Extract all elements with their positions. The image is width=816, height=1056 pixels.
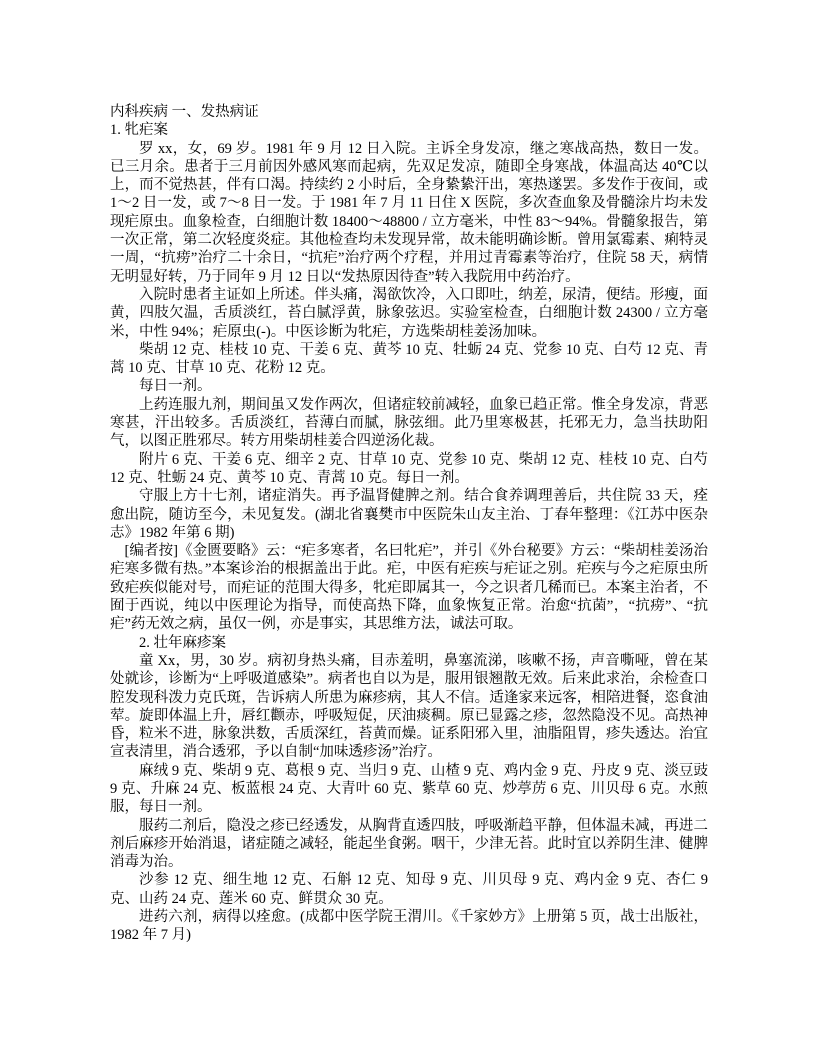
case-1-editor-note: [编者按]《金匮要略》云：“疟多寒者，名曰牝疟”，并引《外台秘要》方云：“柴胡桂…	[110, 542, 708, 633]
case-2-outcome: 进药六剂，病得以痊愈。(成都中医学院王渭川。《千家妙方》上册第 5 页，战士出版…	[110, 908, 708, 945]
case-2-progress: 服药二剂后，隐没之疹已经透发，从胸背直透四肢，呼吸渐趋平静，但体温未减，再进二剂…	[110, 817, 708, 872]
case-1-dosage-1: 每日一剂。	[110, 377, 708, 395]
case-2-prescription-2: 沙参 12 克、细生地 12 克、石斛 12 克、知母 9 克、川贝母 9 克、…	[110, 871, 708, 908]
document-body: 1. 牝疟案罗 xx，女，69 岁。1981 年 9 月 12 日入院。主诉全身…	[110, 121, 708, 944]
case-1-prescription-2: 附片 6 克、干姜 6 克、细辛 2 克、甘草 10 克、党参 10 克、柴胡 …	[110, 451, 708, 488]
case-2-title: 2. 壮年麻疹案	[110, 634, 708, 652]
case-1-outcome: 守服上方十七剂，诸症消失。再予温肾健脾之剂。结合食养调理善后，共住院 33 天，…	[110, 487, 708, 542]
case-1-prescription-1: 柴胡 12 克、桂枝 10 克、干姜 6 克、黄芩 10 克、牡蛎 24 克、党…	[110, 341, 708, 378]
case-1-title: 1. 牝疟案	[110, 121, 708, 139]
case-2-prescription-1: 麻绒 9 克、柴胡 9 克、葛根 9 克、当归 9 克、山楂 9 克、鸡内金 9…	[110, 762, 708, 817]
case-1-progress: 上药连服九剂，期间虽又发作两次，但诸症较前减轻，血象已趋正常。惟全身发凉，背恶寒…	[110, 396, 708, 451]
case-1-admission-exam: 入院时患者主证如上所述。伴头痛，渴欲饮冷，入口即吐，纳差，尿清，便结。形瘦，面黄…	[110, 286, 708, 341]
case-1-history: 罗 xx，女，69 岁。1981 年 9 月 12 日入院。主诉全身发凉，继之寒…	[110, 140, 708, 286]
document-heading: 内科疾病 一、发热病证	[110, 103, 708, 121]
document-page: 内科疾病 一、发热病证 1. 牝疟案罗 xx，女，69 岁。1981 年 9 月…	[0, 0, 816, 1056]
case-2-history: 童 Xx，男，30 岁。病初身热头痛，目赤羞明，鼻塞流涕，咳嗽不扬，声音嘶哑，曾…	[110, 652, 708, 762]
